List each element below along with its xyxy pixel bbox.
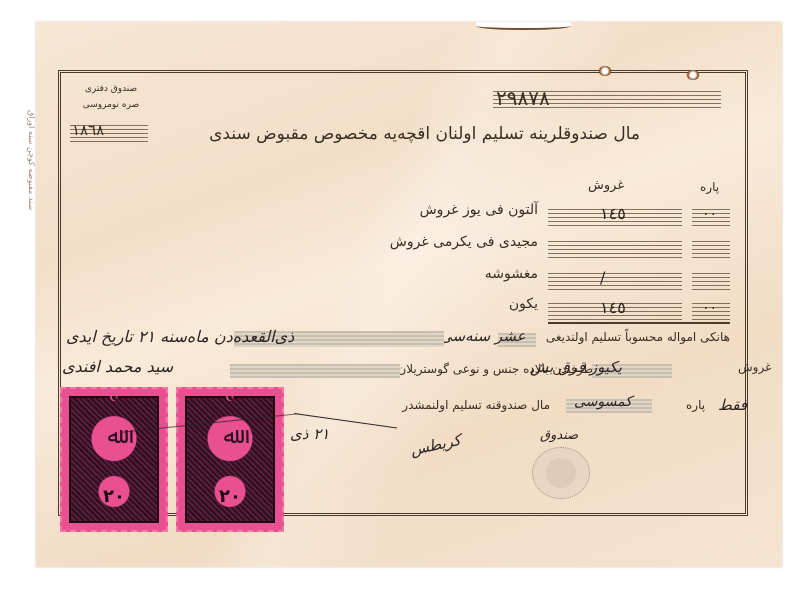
crescent-icon: ☪ bbox=[62, 391, 166, 404]
document-title: مال صندوقلرینه تسلیم اولنان اقچه‌یه مخصو… bbox=[210, 124, 640, 144]
body-line2-hand-b: یکیوز قرق بش bbox=[530, 358, 622, 376]
body-line3-printed: مال صندوقنه تسلیم اولنمشدر bbox=[360, 398, 550, 412]
gurush-lines bbox=[548, 238, 682, 258]
fill-field bbox=[230, 364, 400, 378]
crescent-icon: ☪ bbox=[178, 391, 282, 404]
paper-tear bbox=[476, 22, 571, 30]
gurush-value: ١٤٥ bbox=[600, 298, 626, 317]
revenue-stamp-2: ☪ ﷲ ٢٠ bbox=[176, 387, 284, 532]
gurush-value: / bbox=[600, 268, 605, 287]
total-separator bbox=[548, 322, 730, 324]
margin-text: سند مقبوضه کو‌چن سنه اوراق bbox=[22, 110, 36, 440]
ledger-number: ١٨٦٨ bbox=[72, 121, 104, 139]
body-line1-hand-a: عشر سنه‌سی bbox=[440, 327, 526, 345]
fund-ledger-label: صندوق دفتری bbox=[78, 84, 144, 94]
official-seal bbox=[532, 447, 590, 499]
col-gurush-header: غروش bbox=[588, 178, 624, 193]
amount-row-label: آلتون فی یوز غروش bbox=[330, 202, 538, 218]
body-line3-para: پاره bbox=[686, 398, 705, 412]
stamp-value: ٢٠ bbox=[62, 486, 166, 507]
para-lines bbox=[692, 270, 730, 290]
burn-mark bbox=[598, 66, 612, 76]
para-value: ٠٠ bbox=[702, 300, 717, 316]
tughra-icon: ﷲ bbox=[178, 424, 282, 449]
bag-number-label: صره نومروسی bbox=[78, 100, 144, 110]
amount-row-label: مجیدی فی یکرمی غروش bbox=[330, 234, 538, 250]
para-value: ٠٠ bbox=[702, 206, 717, 222]
revenue-stamp-1: ☪ ﷲ ٢٠ bbox=[60, 387, 168, 532]
amount-row-label: مغشوشه bbox=[330, 266, 538, 282]
body-line1-hand-b: ذی‌القعده‌دن ماه‌سنه ٢١ تاریخ ایدی bbox=[66, 327, 294, 346]
body-line2-hand-a: سید محمد افندی bbox=[62, 357, 173, 376]
body-line2-unit: غروش bbox=[738, 360, 771, 374]
amount-row-label: یکون bbox=[330, 296, 538, 312]
date-handwritten: ٢١ ذی bbox=[290, 425, 329, 443]
body-line3-hand-b: فقط bbox=[718, 396, 747, 414]
col-para-header: پاره bbox=[700, 180, 719, 194]
stamp-value: ٢٠ bbox=[178, 486, 282, 507]
para-lines bbox=[692, 238, 730, 258]
body-line3-hand-a: کمسوسی bbox=[574, 394, 632, 410]
gurush-value: ١٤٥ bbox=[600, 204, 626, 223]
burn-mark bbox=[686, 70, 700, 80]
gurush-lines bbox=[548, 270, 682, 290]
serial-number: ٢٩٨٧٨ bbox=[496, 86, 550, 110]
signature-2: صندوق bbox=[540, 428, 578, 443]
body-line1-printed: هانکی امواله محسوباً تسلیم اولندیغی bbox=[530, 330, 730, 344]
